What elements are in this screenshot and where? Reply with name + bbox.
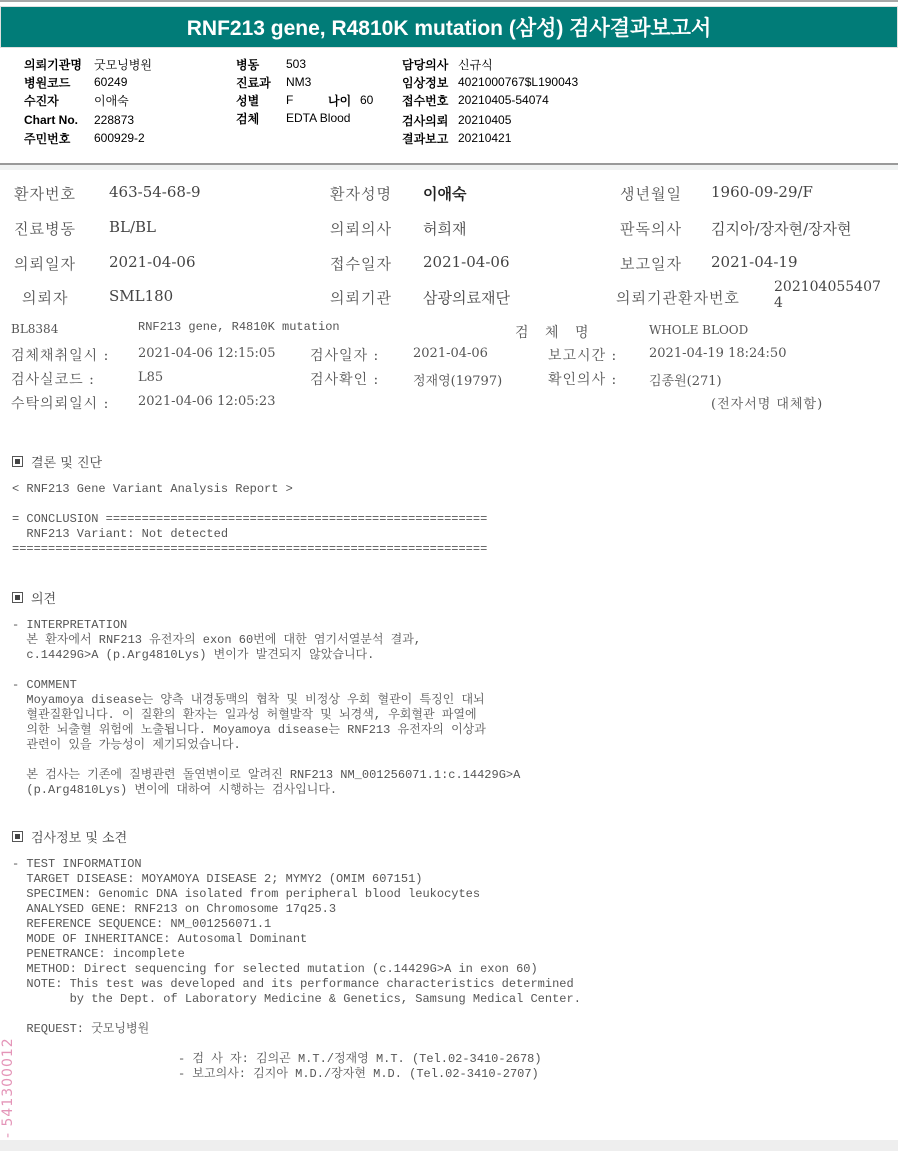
report-time-label: 보고시간 :	[548, 345, 617, 365]
field-value: 20210405	[458, 113, 511, 127]
field-value: 4021000767$L190043	[458, 75, 578, 89]
esign-note: (전자서명 대체함)	[711, 393, 823, 412]
report-date: 2021-04-19	[711, 253, 797, 271]
opinion-body: - INTERPRETATION 본 환자에서 RNF213 유전자의 exon…	[12, 618, 520, 798]
report-title: RNF213 gene, R4810K mutation (삼성) 검사결과보고…	[0, 6, 898, 48]
specimen-label: 검 체 명	[515, 322, 594, 342]
top-border	[0, 0, 898, 2]
field-value: 503	[286, 57, 306, 71]
field-value: 신규식	[458, 56, 493, 73]
field-label: 결과보고	[402, 130, 458, 147]
field-value: NM3	[286, 75, 311, 89]
testinfo-body: - TEST INFORMATION TARGET DISEASE: MOYAM…	[12, 857, 581, 1037]
receipt-date-label: 접수일자	[330, 253, 392, 274]
header-row: 수진자이애숙	[24, 91, 152, 109]
specimen-value: WHOLE BLOOD	[649, 323, 748, 337]
heading-text: 검사정보 및 소견	[31, 827, 127, 846]
ref-org: 삼광의료재단	[423, 287, 510, 308]
header-col-3: 담당의사신규식 임상정보4021000767$L190043 접수번호20210…	[402, 55, 578, 147]
lab-code-label: 검사실코드 :	[11, 369, 95, 389]
request-date-label: 의뢰일자	[14, 253, 76, 274]
bottom-band	[0, 1140, 898, 1151]
ref-org-patient-no-cont: 4	[774, 295, 783, 311]
field-label: 진료과	[236, 74, 286, 91]
report-time: 2021-04-19 18:24:50	[649, 346, 786, 361]
header-row: 진료과NM3	[236, 73, 373, 91]
confirm-value: 정재영(19797)	[413, 370, 502, 389]
birth-label: 생년월일	[620, 183, 682, 204]
field-value: 이애숙	[94, 92, 129, 109]
lab-code: L85	[138, 370, 163, 385]
field-label: 검사의뢰	[402, 112, 458, 129]
field-label: Chart No.	[24, 113, 94, 127]
ward: BL/BL	[109, 218, 156, 236]
gray-band	[0, 165, 898, 170]
header-row: 담당의사신규식	[402, 55, 578, 73]
field-label: 담당의사	[402, 56, 458, 73]
requester-label: 의뢰자	[22, 287, 68, 308]
age-label: 나이	[328, 92, 360, 109]
reading-doctor: 김지아/장자현/장자현	[711, 218, 852, 239]
field-value: 60249	[94, 75, 127, 89]
test-date-label: 검사일자 :	[310, 345, 379, 365]
conclusion-heading: 결론 및 진단	[12, 452, 102, 471]
ref-org-patient-no-label: 의뢰기관환자번호	[616, 287, 740, 308]
side-serial-number: - 541300012	[0, 1008, 14, 1138]
patient-name: 이애숙	[423, 183, 466, 204]
header-col-1: 의뢰기관명굿모닝병원 병원코드60249 수진자이애숙 Chart No.228…	[24, 55, 152, 147]
field-label: 검체	[236, 110, 286, 127]
heading-text: 결론 및 진단	[31, 452, 102, 471]
age-value: 60	[360, 93, 373, 107]
header-row: 병원코드60249	[24, 73, 152, 91]
confirm-doctor: 김종원(271)	[649, 370, 722, 389]
square-bullet-icon	[12, 592, 23, 603]
patient-no-label: 환자번호	[14, 183, 76, 204]
requester: SML180	[109, 287, 173, 305]
birth-date: 1960-09-29/F	[711, 183, 813, 201]
field-label: 병원코드	[24, 74, 94, 91]
header-row: 성별F나이60	[236, 91, 373, 109]
ref-org-patient-no: 202104055407	[774, 279, 881, 295]
header-row: 임상정보4021000767$L190043	[402, 73, 578, 91]
request-date: 2021-04-06	[109, 253, 195, 271]
field-value: 20210405-54074	[458, 93, 549, 107]
header-col-2: 병동503 진료과NM3 성별F나이60 검체EDTA Blood	[236, 55, 373, 127]
consign-label: 수탁의뢰일시 :	[11, 393, 109, 413]
patient-name-label: 환자성명	[330, 183, 392, 204]
test-name: RNF213 gene, R4810K mutation	[138, 320, 340, 334]
field-label: 수진자	[24, 92, 94, 109]
collect-label: 검체채취일시 :	[11, 345, 109, 365]
conclusion-body: < RNF213 Gene Variant Analysis Report > …	[12, 482, 487, 557]
field-label: 의뢰기관명	[24, 56, 94, 73]
confirm-doctor-label: 확인의사 :	[548, 369, 617, 389]
header-row: Chart No.228873	[24, 111, 152, 129]
receipt-date: 2021-04-06	[423, 253, 509, 271]
square-bullet-icon	[12, 456, 23, 467]
header-row: 결과보고20210421	[402, 129, 578, 147]
header-row: 검사의뢰20210405	[402, 111, 578, 129]
confirm-label: 검사확인 :	[310, 369, 379, 389]
test-date: 2021-04-06	[413, 346, 488, 361]
heading-text: 의견	[31, 588, 56, 607]
field-label: 병동	[236, 56, 286, 73]
field-value: 600929-2	[94, 131, 145, 145]
header-row: 검체EDTA Blood	[236, 109, 373, 127]
header-row: 병동503	[236, 55, 373, 73]
header-row: 접수번호20210405-54074	[402, 91, 578, 109]
field-label: 임상정보	[402, 74, 458, 91]
opinion-heading: 의견	[12, 588, 56, 607]
field-label: 주민번호	[24, 130, 94, 147]
header-row: 의뢰기관명굿모닝병원	[24, 55, 152, 73]
collect-time: 2021-04-06 12:15:05	[138, 346, 275, 361]
reading-doctor-label: 판독의사	[620, 218, 682, 239]
patient-no: 463-54-68-9	[109, 183, 201, 201]
ref-org-label: 의뢰기관	[330, 287, 392, 308]
header-row: 주민번호600929-2	[24, 129, 152, 147]
consign-time: 2021-04-06 12:05:23	[138, 394, 275, 409]
test-code: BL8384	[11, 322, 58, 336]
report-date-label: 보고일자	[620, 253, 682, 274]
field-value: EDTA Blood	[286, 111, 350, 125]
square-bullet-icon	[12, 831, 23, 842]
field-label: 접수번호	[402, 92, 458, 109]
field-value: F	[286, 93, 328, 107]
testinfo-heading: 검사정보 및 소견	[12, 827, 127, 846]
ref-doctor-label: 의뢰의사	[330, 218, 392, 239]
ref-doctor: 허희재	[423, 218, 466, 239]
field-value: 굿모닝병원	[94, 56, 152, 73]
ward-label: 진료병동	[14, 218, 76, 239]
field-value: 20210421	[458, 131, 511, 145]
field-value: 228873	[94, 113, 134, 127]
field-label: 성별	[236, 92, 286, 109]
signers: - 검 사 자: 김의곤 M.T./정재영 M.T. (Tel.02-3410-…	[178, 1052, 542, 1082]
